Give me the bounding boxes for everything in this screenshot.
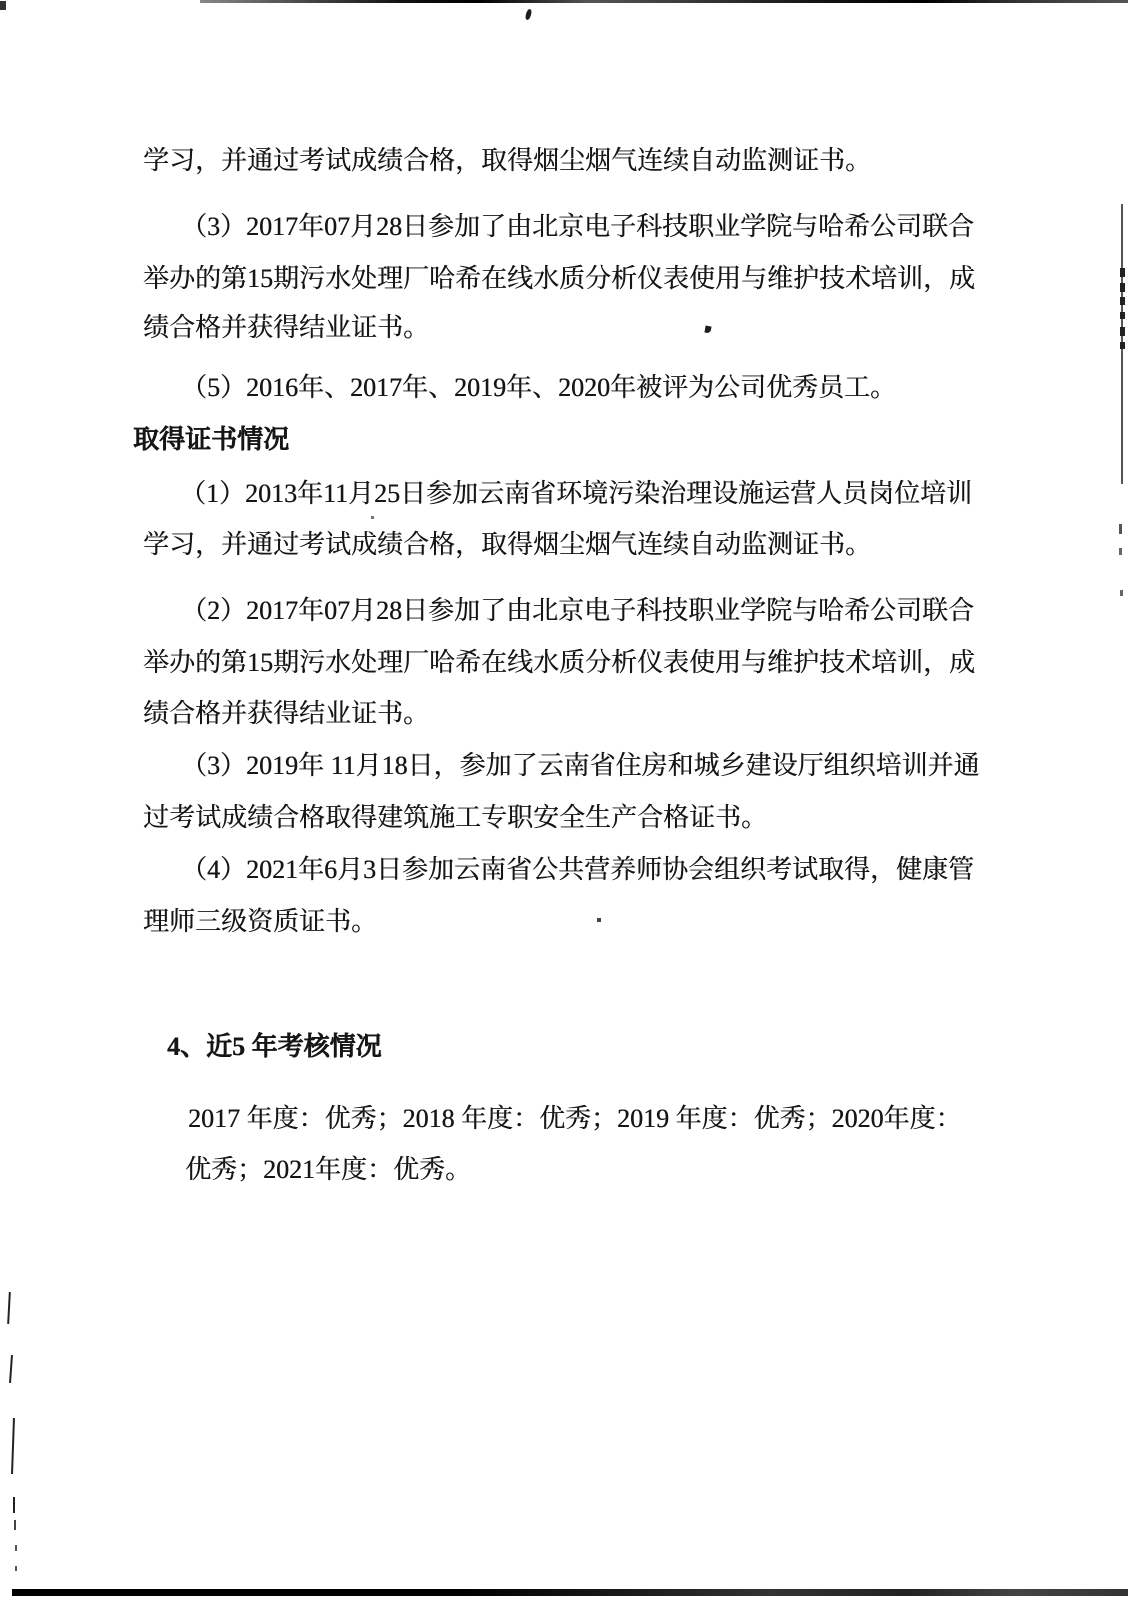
scan-artifact-right-dash [1120,297,1125,305]
text-line: 绩合格并获得结业证书。 [143,701,429,727]
scan-artifact-left-stroke [13,1497,15,1513]
scan-artifact-corner-speck [0,1,6,10]
scan-artifact-left-speck [15,1566,17,1571]
text-line: （5）2016年、2017年、2019年、2020年被评为公司优秀员工。 [181,375,896,401]
scan-artifact-right-dash [1120,312,1125,319]
text-line: 学习，并通过考试成绩合格，取得烟尘烟气连续自动监测证书。 [143,148,871,174]
text-line: （3）2017年07月28日参加了由北京电子科技职业学院与哈希公司联合 [181,214,974,240]
text-line: 2017 年度：优秀；2018 年度：优秀；2019 年度：优秀；2020年度： [188,1106,962,1132]
scan-artifact-top-speck [525,9,533,21]
text-line: （4）2021年6月3日参加云南省公共营养师协会组织考试取得，健康管 [181,857,974,883]
scan-artifact-right-speck [1119,524,1122,534]
text-line: 举办的第15期污水处理厂哈希在线水质分析仪表使用与维护技术培训，成 [143,650,975,676]
scan-artifact-right-speck [1119,548,1122,555]
scan-artifact-right-speck [1120,590,1123,596]
text-line: （1）2013年11月25日参加云南省环境污染治理设施运营人员岗位培训 [180,481,972,507]
scan-artifact-left-speck [15,1545,17,1551]
scan-artifact-top-line [200,0,1128,3]
text-line: 优秀；2021年度：优秀。 [185,1157,471,1183]
text-line: 理师三级资质证书。 [143,909,377,935]
scan-artifact-bottom-line [12,1589,1128,1596]
scan-artifact-speck [597,918,601,922]
text-line: （2）2017年07月28日参加了由北京电子科技职业学院与哈希公司联合 [181,598,974,624]
document-page: 学习，并通过考试成绩合格，取得烟尘烟气连续自动监测证书。 （3）2017年07月… [0,0,1128,1599]
scan-artifact-left-stroke [11,1418,15,1474]
text-line: 举办的第15期污水处理厂哈希在线水质分析仪表使用与维护技术培训，成 [143,266,975,292]
text-line: （3）2019年 11月18日，参加了云南省住房和城乡建设厅组织培训并通 [181,753,980,779]
scan-artifact-right-dash [1120,327,1125,336]
scan-artifact-right-dash [1120,283,1125,292]
text-line: 学习，并通过考试成绩合格，取得烟尘烟气连续自动监测证书。 [143,532,871,558]
scan-artifact-left-stroke [9,1355,13,1383]
text-line: 过考试成绩合格取得建筑施工专职安全生产合格证书。 [143,805,767,831]
scan-artifact-right-dash [1120,268,1125,277]
scan-artifact-speck [371,516,374,519]
heading-recent-assessment: 4、近5 年考核情况 [167,1034,382,1060]
heading-certificates: 取得证书情况 [133,427,289,453]
scan-artifact-left-stroke [7,1292,11,1324]
scan-artifact-speck [704,326,711,334]
scan-artifact-right-dash [1120,342,1125,349]
text-line: 绩合格并获得结业证书。 [143,315,429,341]
scan-artifact-left-stroke [14,1520,16,1530]
